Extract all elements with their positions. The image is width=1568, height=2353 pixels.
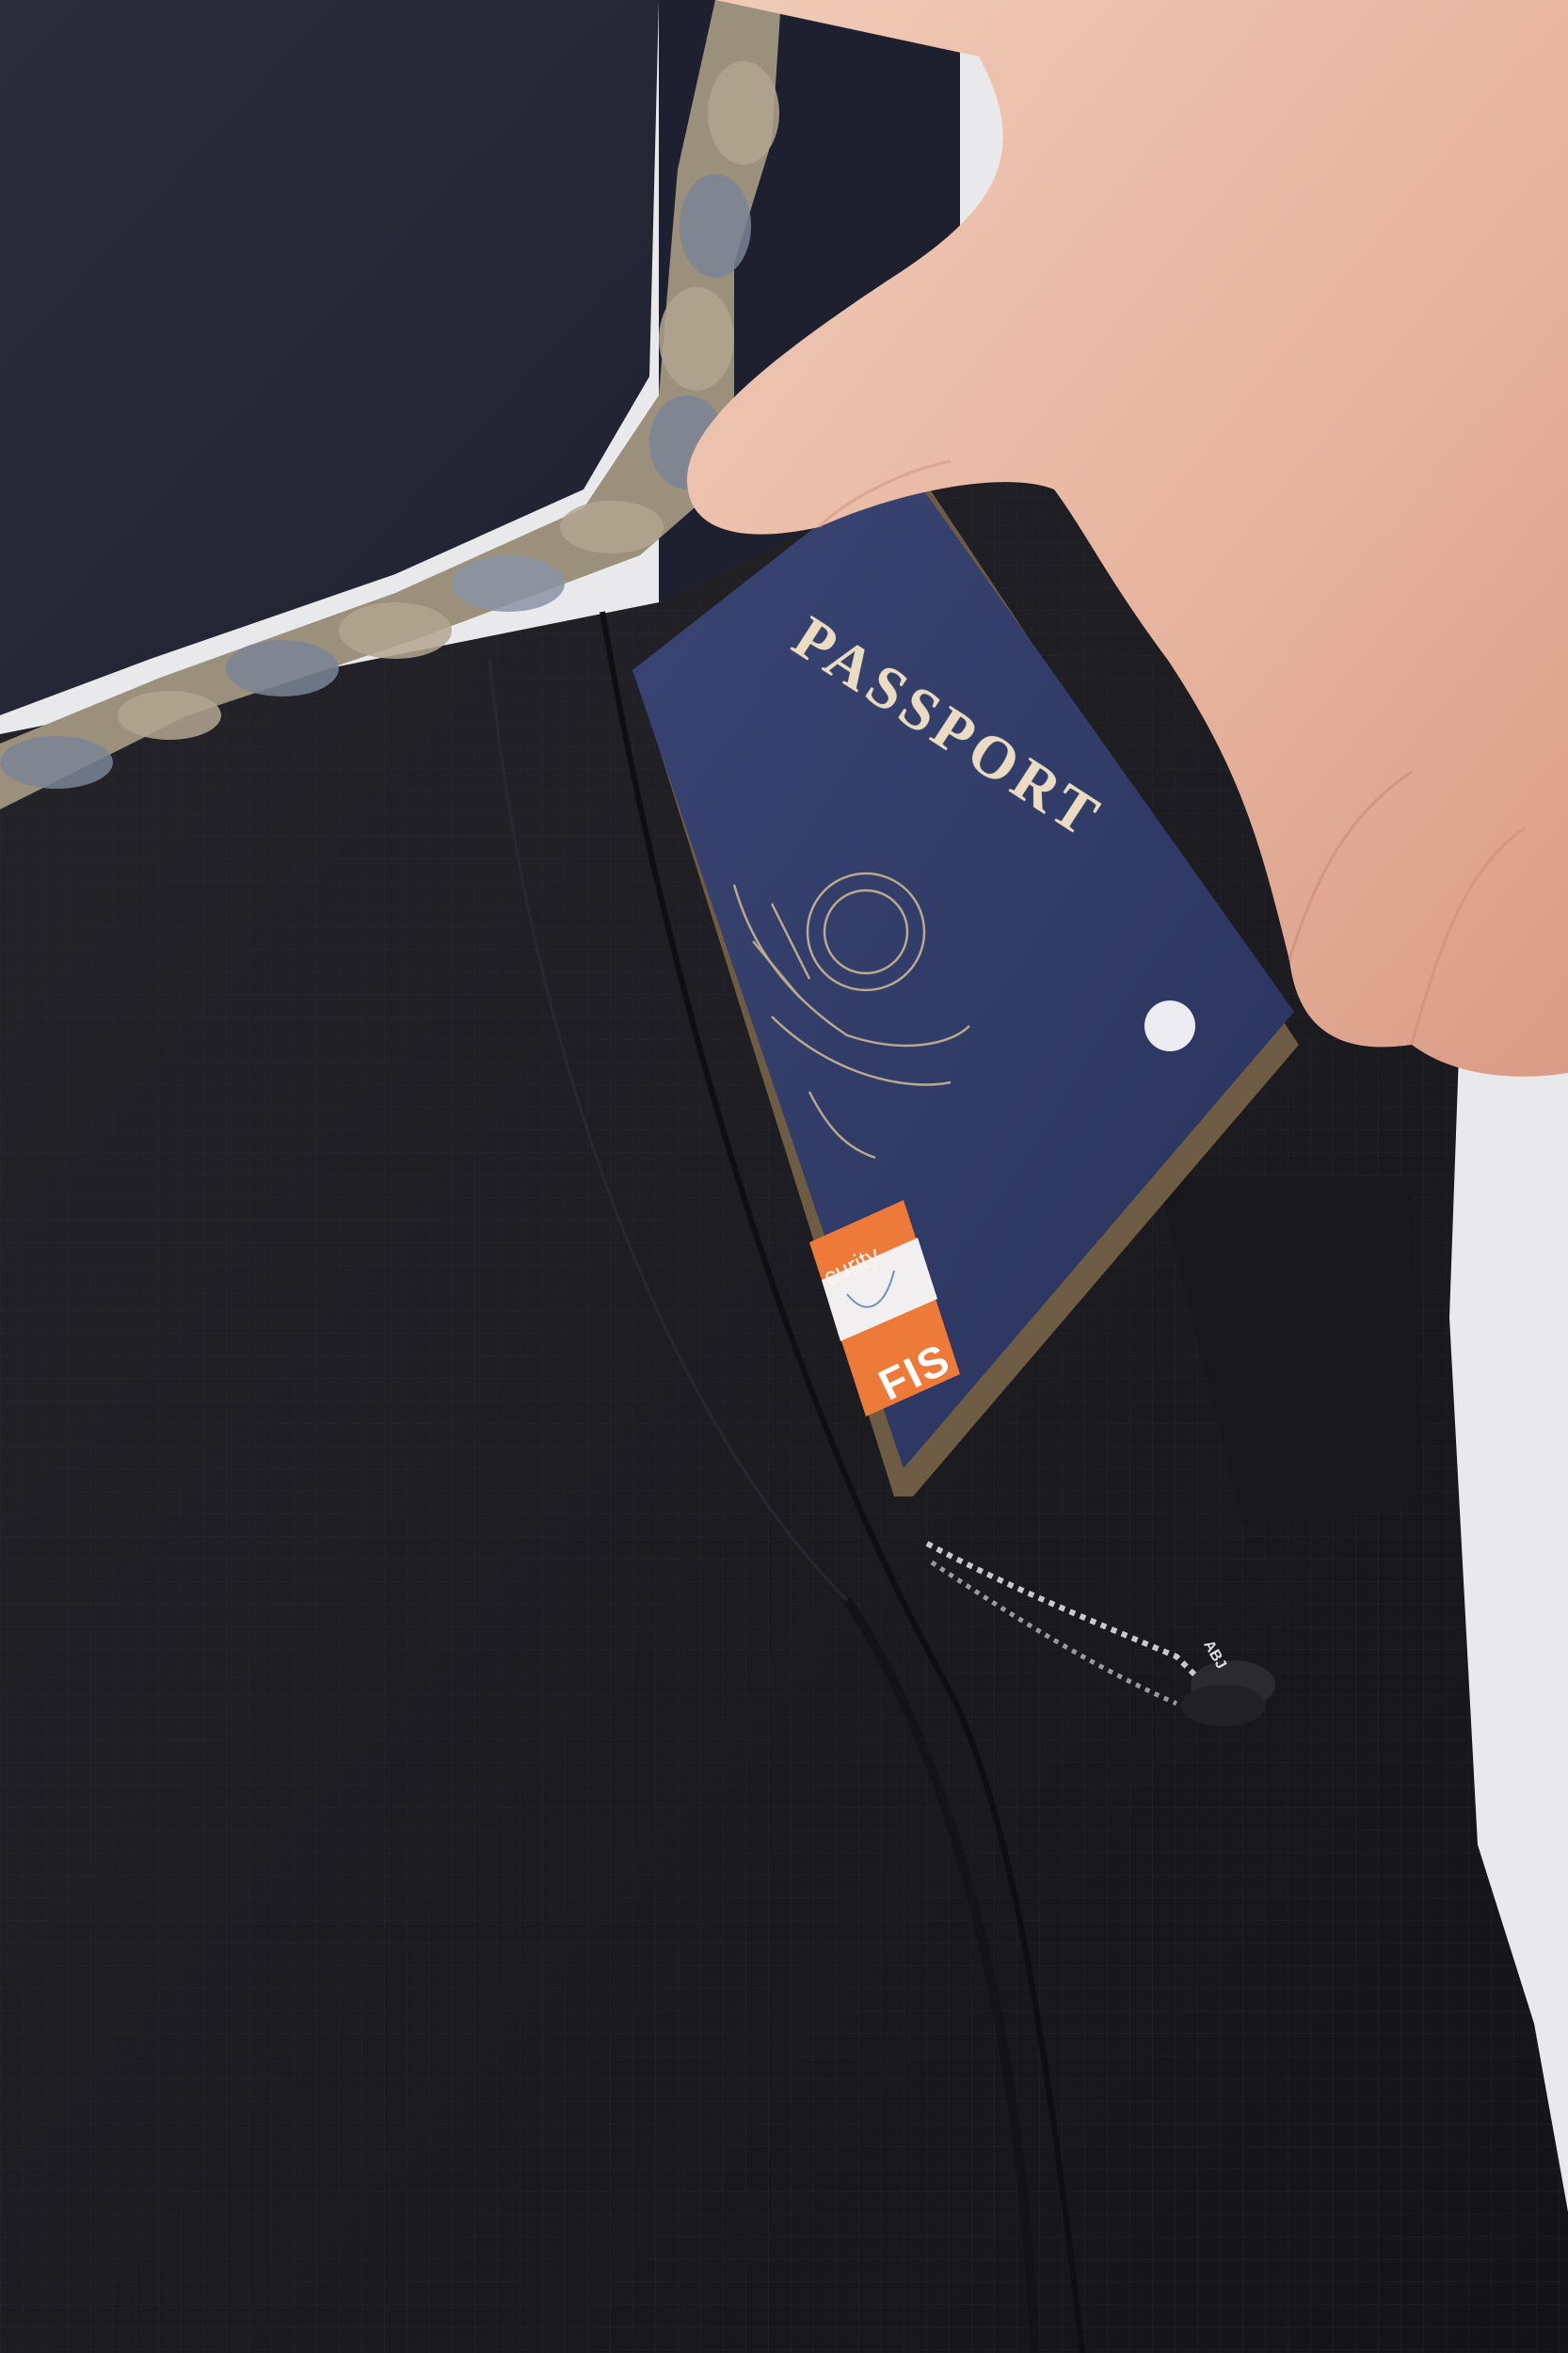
product-photo: PASSPORT curity FIS ABJ — [0, 0, 1568, 2353]
passport-grommet — [1144, 1000, 1195, 1051]
photo-illustration — [0, 0, 1568, 2353]
